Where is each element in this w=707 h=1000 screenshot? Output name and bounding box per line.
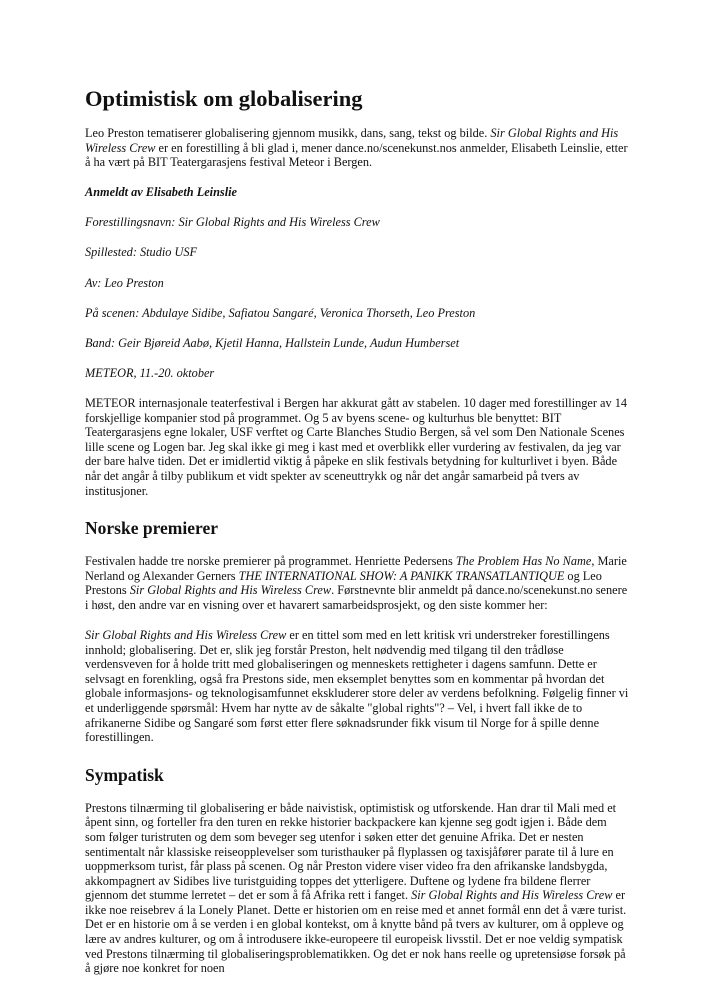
meta-band: Band: Geir Bjøreid Aabø, Kjetil Hanna, H…: [85, 336, 630, 351]
intro-paragraph: Leo Preston tematiserer globalisering gj…: [85, 126, 630, 170]
intro-text: er en forestilling å bli glad i, mener d…: [85, 141, 628, 170]
article-title: Optimistisk om globalisering: [85, 86, 630, 112]
meta-author: Av: Leo Preston: [85, 276, 630, 291]
body-paragraph: Sir Global Rights and His Wireless Crew …: [85, 628, 630, 745]
show-title: Sir Global Rights and His Wireless Crew: [85, 628, 286, 642]
show-title: The Problem Has No Name: [456, 554, 592, 568]
byline: Anmeldt av Elisabeth Leinslie: [85, 185, 630, 200]
article: Optimistisk om globalisering Leo Preston…: [85, 86, 630, 991]
meta-festival-dates: METEOR, 11.-20. oktober: [85, 366, 630, 381]
meta-cast: På scenen: Abdulaye Sidibe, Safiatou San…: [85, 306, 630, 321]
body-paragraph: Festivalen hadde tre norske premierer på…: [85, 554, 630, 612]
show-title: Sir Global Rights and His Wireless Crew: [130, 583, 331, 597]
meta-venue: Spillested: Studio USF: [85, 245, 630, 260]
section-heading: Sympatisk: [85, 765, 630, 785]
intro-text: Leo Preston tematiserer globalisering gj…: [85, 126, 490, 140]
body-paragraph: METEOR internasjonale teaterfestival i B…: [85, 396, 630, 498]
show-title: Sir Global Rights and His Wireless Crew: [411, 888, 612, 902]
show-title: THE INTERNATIONAL SHOW: A PANIKK TRANSAT…: [239, 569, 565, 583]
section-heading: Norske premierer: [85, 518, 630, 538]
meta-show-name: Forestillingsnavn: Sir Global Rights and…: [85, 215, 630, 230]
body-paragraph: Prestons tilnærming til globalisering er…: [85, 801, 630, 976]
